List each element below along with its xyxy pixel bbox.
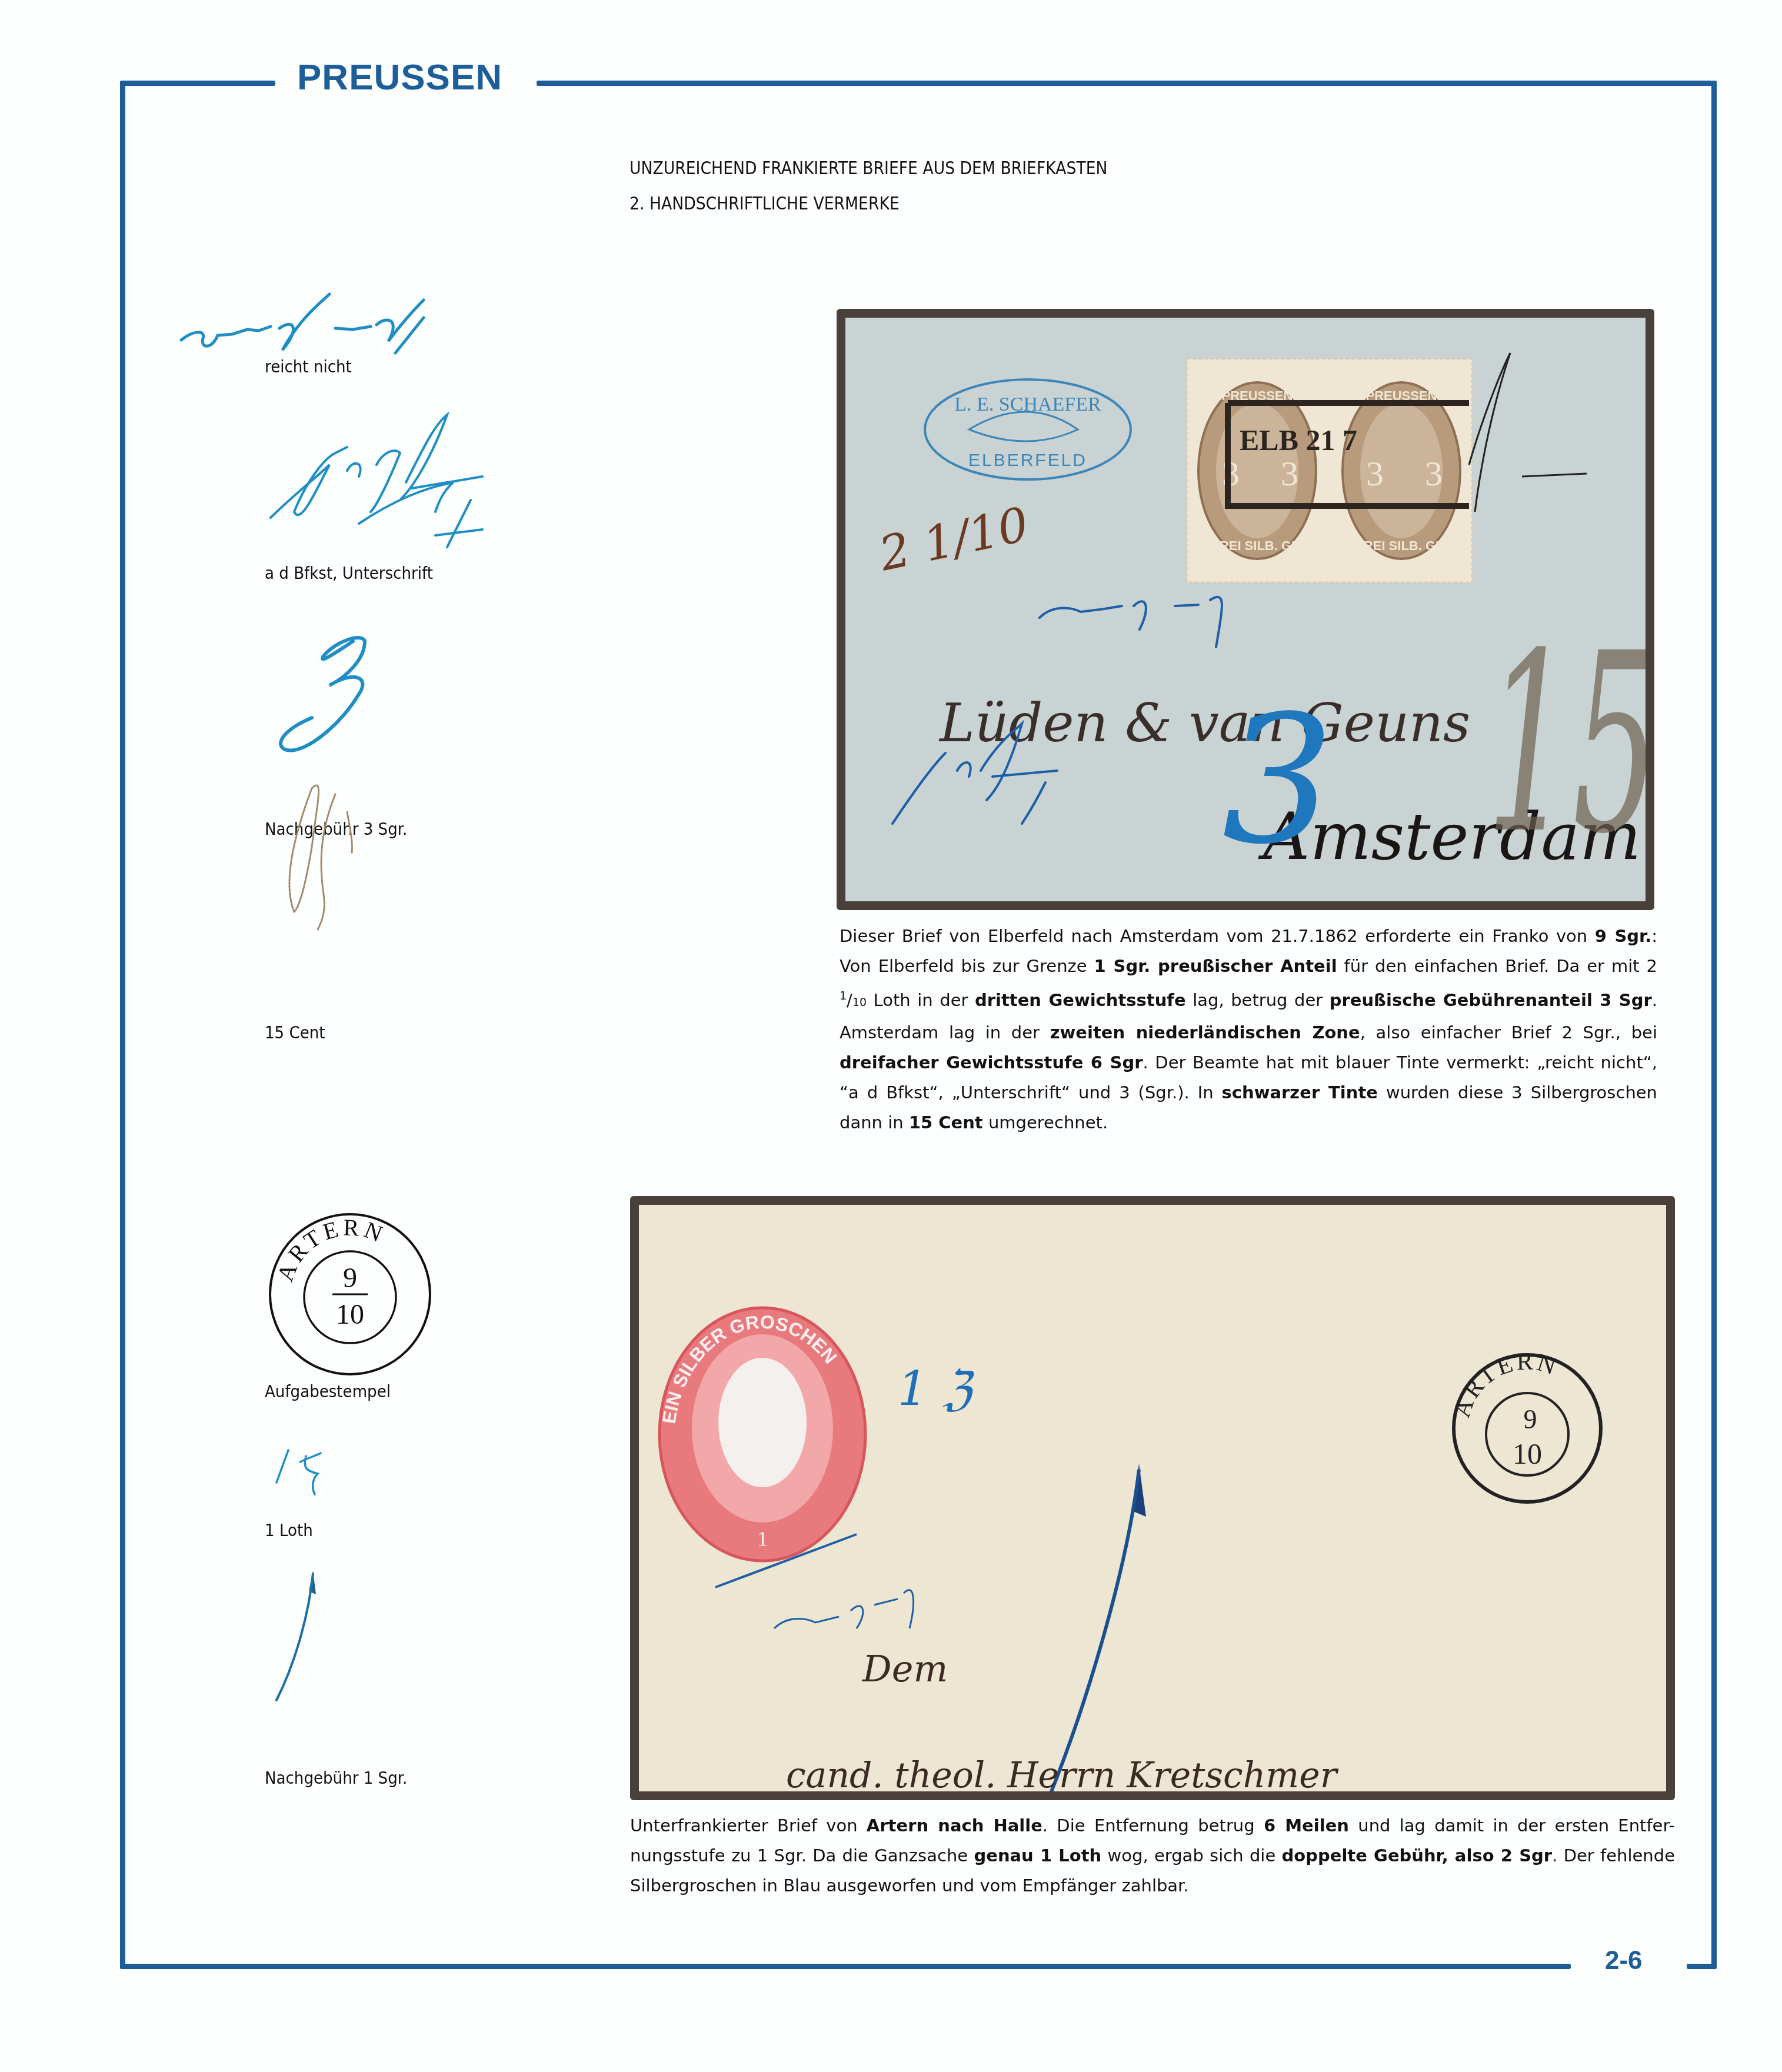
cover1-description: Dieser Brief von Elberfeld nach Amsterda…	[840, 921, 1657, 1138]
svg-text:DREI SILB. GR.: DREI SILB. GR.	[1354, 538, 1448, 553]
handwriting-signature-icon	[259, 412, 506, 565]
stamp-pair-3-sgr: 3 3 3 3 DREI SILB. GR. DREI SILB. GR. PR…	[1187, 359, 1472, 582]
svg-text:3: 3	[1425, 454, 1443, 493]
svg-text:3: 3	[1222, 678, 1334, 883]
svg-text:9: 9	[1524, 1404, 1537, 1434]
handwriting-1-loth-icon	[271, 1444, 341, 1497]
page-title: PREUSSEN	[297, 56, 502, 98]
svg-text:cand. theol. Herrn Kretschmer: cand. theol. Herrn Kretschmer	[786, 1755, 1339, 1796]
indicium-ein-silbergroschen: EIN SILBER GROSCHEN 1	[658, 1308, 865, 1561]
frame-top-left	[120, 81, 275, 86]
svg-text:15: 15	[1486, 600, 1654, 888]
svg-text:2 1/10: 2 1/10	[874, 497, 1034, 581]
cover-elberfeld-amsterdam: L. E. SCHAEFER ELBERFELD 3 3 3 3 DREI SI…	[837, 309, 1654, 910]
annotation-label-1-loth: 1 Loth	[265, 1520, 313, 1540]
svg-text:Dem: Dem	[862, 1647, 948, 1690]
svg-text:ELBERFELD: ELBERFELD	[968, 451, 1087, 470]
frame-right	[1711, 81, 1717, 1969]
handwriting-1-stroke-icon	[268, 1559, 338, 1712]
frame-top-right	[537, 81, 1717, 86]
handwriting-reicht-nicht-icon	[176, 294, 471, 365]
cover-artern-halle: EIN SILBER GROSCHEN 1 1 ℨ ARTERN 9 10 De…	[630, 1196, 1675, 1800]
svg-text:3: 3	[1366, 454, 1384, 493]
svg-text:10: 10	[336, 1299, 364, 1330]
svg-text:Lüden & van Geuns: Lüden & van Geuns	[938, 692, 1470, 754]
svg-text:L. E. SCHAEFER: L. E. SCHAEFER	[954, 394, 1101, 415]
annotation-label-15-cent: 15 Cent	[265, 1022, 325, 1042]
postmark-artern: ARTERN 9 10	[1448, 1348, 1601, 1502]
svg-text:9: 9	[343, 1262, 357, 1294]
section-subheading: 2. HANDSCHRIFTLICHE VERMERKE	[629, 193, 900, 214]
svg-text:10: 10	[1513, 1437, 1542, 1470]
svg-text:ARTERN: ARTERN	[272, 1214, 389, 1285]
postmark-artern-icon: ARTERN 9 10	[268, 1212, 432, 1377]
annotation-label-1-sgr: Nachgebühr 1 Sgr.	[265, 1768, 407, 1788]
svg-text:3: 3	[1281, 454, 1298, 493]
cover2-description: Unterfrankierter Brief von Artern nach H…	[630, 1811, 1675, 1901]
annotation-label-aufgabestempel: Aufgabestempel	[265, 1381, 391, 1401]
frame-bottom-right	[1687, 1964, 1717, 1969]
section-heading: UNZUREICHEND FRANKIERTE BRIEFE AUS DEM B…	[629, 158, 1108, 179]
svg-text:ARTERN: ARTERN	[1448, 1348, 1561, 1421]
handwriting-15-icon	[259, 777, 377, 930]
svg-text:1 ℨ: 1 ℨ	[898, 1361, 974, 1416]
svg-text:DREI SILB. GR.: DREI SILB. GR.	[1210, 538, 1304, 553]
fraction: 1/10	[840, 990, 867, 1010]
page-number: 2-6	[1605, 1946, 1643, 1976]
handwriting-3-icon	[259, 629, 400, 765]
cachet-schaefer-elberfeld: L. E. SCHAEFER ELBERFELD	[925, 379, 1131, 479]
svg-text:ELB 21 7: ELB 21 7	[1240, 424, 1357, 457]
svg-text:1: 1	[757, 1527, 768, 1551]
frame-bottom-left	[120, 1964, 1571, 1969]
annotation-label-signature: a d Bfkst, Unterschrift	[265, 563, 433, 583]
annotation-label-reicht-nicht: reicht nicht	[265, 357, 352, 377]
frame-left	[120, 81, 125, 1969]
